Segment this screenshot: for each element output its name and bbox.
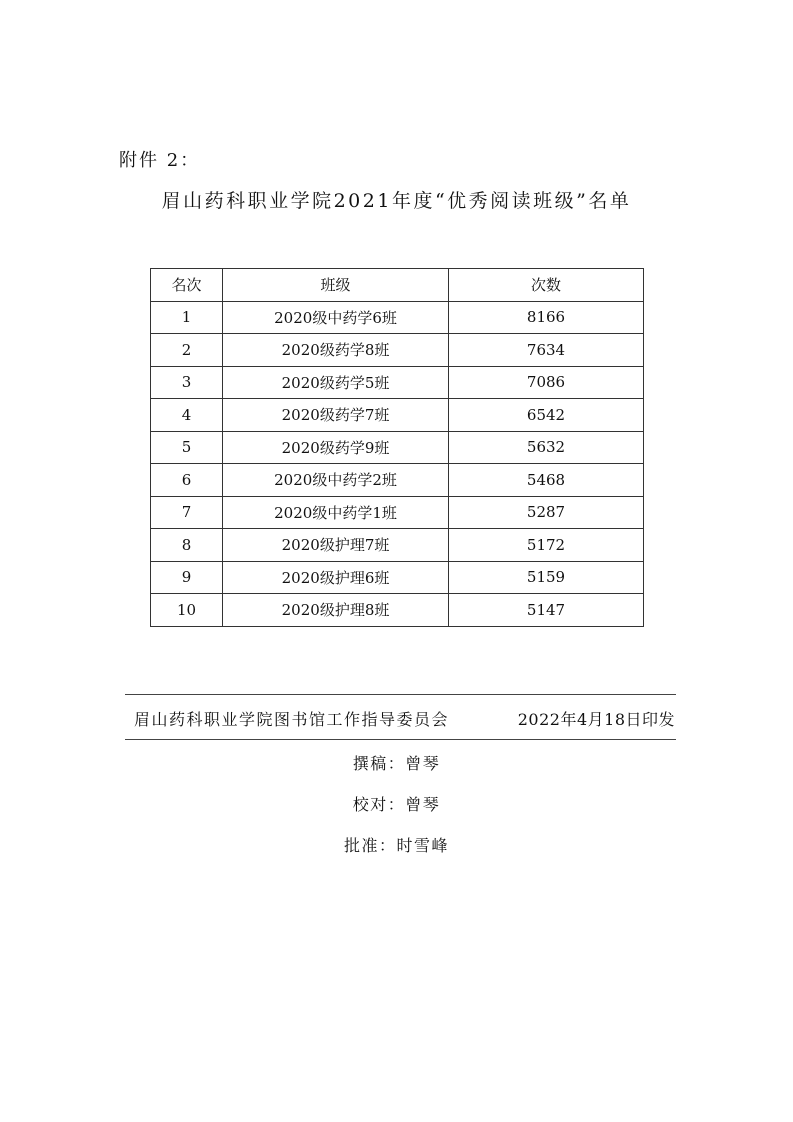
rank-cell: 9 bbox=[151, 561, 223, 594]
table-header-row: 名次 班级 次数 bbox=[151, 269, 644, 302]
header-count: 次数 bbox=[449, 269, 644, 302]
class-cell: 2020级药学7班 bbox=[223, 399, 449, 432]
count-cell: 7086 bbox=[449, 366, 644, 399]
rank-cell: 7 bbox=[151, 496, 223, 529]
header-rank: 名次 bbox=[151, 269, 223, 302]
issuer-name: 眉山药科职业学院图书馆工作指导委员会 bbox=[134, 707, 449, 730]
count-cell: 5147 bbox=[449, 594, 644, 627]
rank-cell: 8 bbox=[151, 529, 223, 562]
class-cell: 2020级中药学6班 bbox=[223, 301, 449, 334]
proofread-by: 校对：曾琴 bbox=[0, 792, 793, 815]
attachment-label: 附件 2： bbox=[119, 146, 200, 172]
count-cell: 5287 bbox=[449, 496, 644, 529]
footer-bottom-divider bbox=[125, 739, 676, 740]
count-cell: 5468 bbox=[449, 464, 644, 497]
rank-cell: 4 bbox=[151, 399, 223, 432]
rank-cell: 6 bbox=[151, 464, 223, 497]
count-cell: 7634 bbox=[449, 334, 644, 367]
class-cell: 2020级药学9班 bbox=[223, 431, 449, 464]
class-cell: 2020级护理7班 bbox=[223, 529, 449, 562]
class-cell: 2020级护理8班 bbox=[223, 594, 449, 627]
table-row: 1 2020级中药学6班 8166 bbox=[151, 301, 644, 334]
document-title: 眉山药科职业学院2021年度“优秀阅读班级”名单 bbox=[0, 186, 793, 213]
rank-cell: 5 bbox=[151, 431, 223, 464]
class-cell: 2020级中药学2班 bbox=[223, 464, 449, 497]
table-row: 5 2020级药学9班 5632 bbox=[151, 431, 644, 464]
header-class: 班级 bbox=[223, 269, 449, 302]
rank-cell: 2 bbox=[151, 334, 223, 367]
table-row: 6 2020级中药学2班 5468 bbox=[151, 464, 644, 497]
rank-cell: 1 bbox=[151, 301, 223, 334]
footer-top-divider bbox=[125, 694, 676, 695]
class-cell: 2020级护理6班 bbox=[223, 561, 449, 594]
count-cell: 5159 bbox=[449, 561, 644, 594]
table-row: 10 2020级护理8班 5147 bbox=[151, 594, 644, 627]
rank-cell: 10 bbox=[151, 594, 223, 627]
table-row: 3 2020级药学5班 7086 bbox=[151, 366, 644, 399]
count-cell: 5172 bbox=[449, 529, 644, 562]
class-cell: 2020级药学5班 bbox=[223, 366, 449, 399]
count-cell: 6542 bbox=[449, 399, 644, 432]
table-row: 8 2020级护理7班 5172 bbox=[151, 529, 644, 562]
rank-cell: 3 bbox=[151, 366, 223, 399]
issue-date: 2022年4月18日印发 bbox=[518, 707, 675, 730]
table-row: 9 2020级护理6班 5159 bbox=[151, 561, 644, 594]
table-row: 2 2020级药学8班 7634 bbox=[151, 334, 644, 367]
approved-by: 批准：时雪峰 bbox=[0, 833, 793, 856]
ranking-table: 名次 班级 次数 1 2020级中药学6班 8166 2 2020级药学8班 7… bbox=[150, 268, 644, 627]
count-cell: 8166 bbox=[449, 301, 644, 334]
drafted-by: 撰稿：曾琴 bbox=[0, 751, 793, 774]
class-cell: 2020级中药学1班 bbox=[223, 496, 449, 529]
count-cell: 5632 bbox=[449, 431, 644, 464]
class-cell: 2020级药学8班 bbox=[223, 334, 449, 367]
table-row: 7 2020级中药学1班 5287 bbox=[151, 496, 644, 529]
table-row: 4 2020级药学7班 6542 bbox=[151, 399, 644, 432]
